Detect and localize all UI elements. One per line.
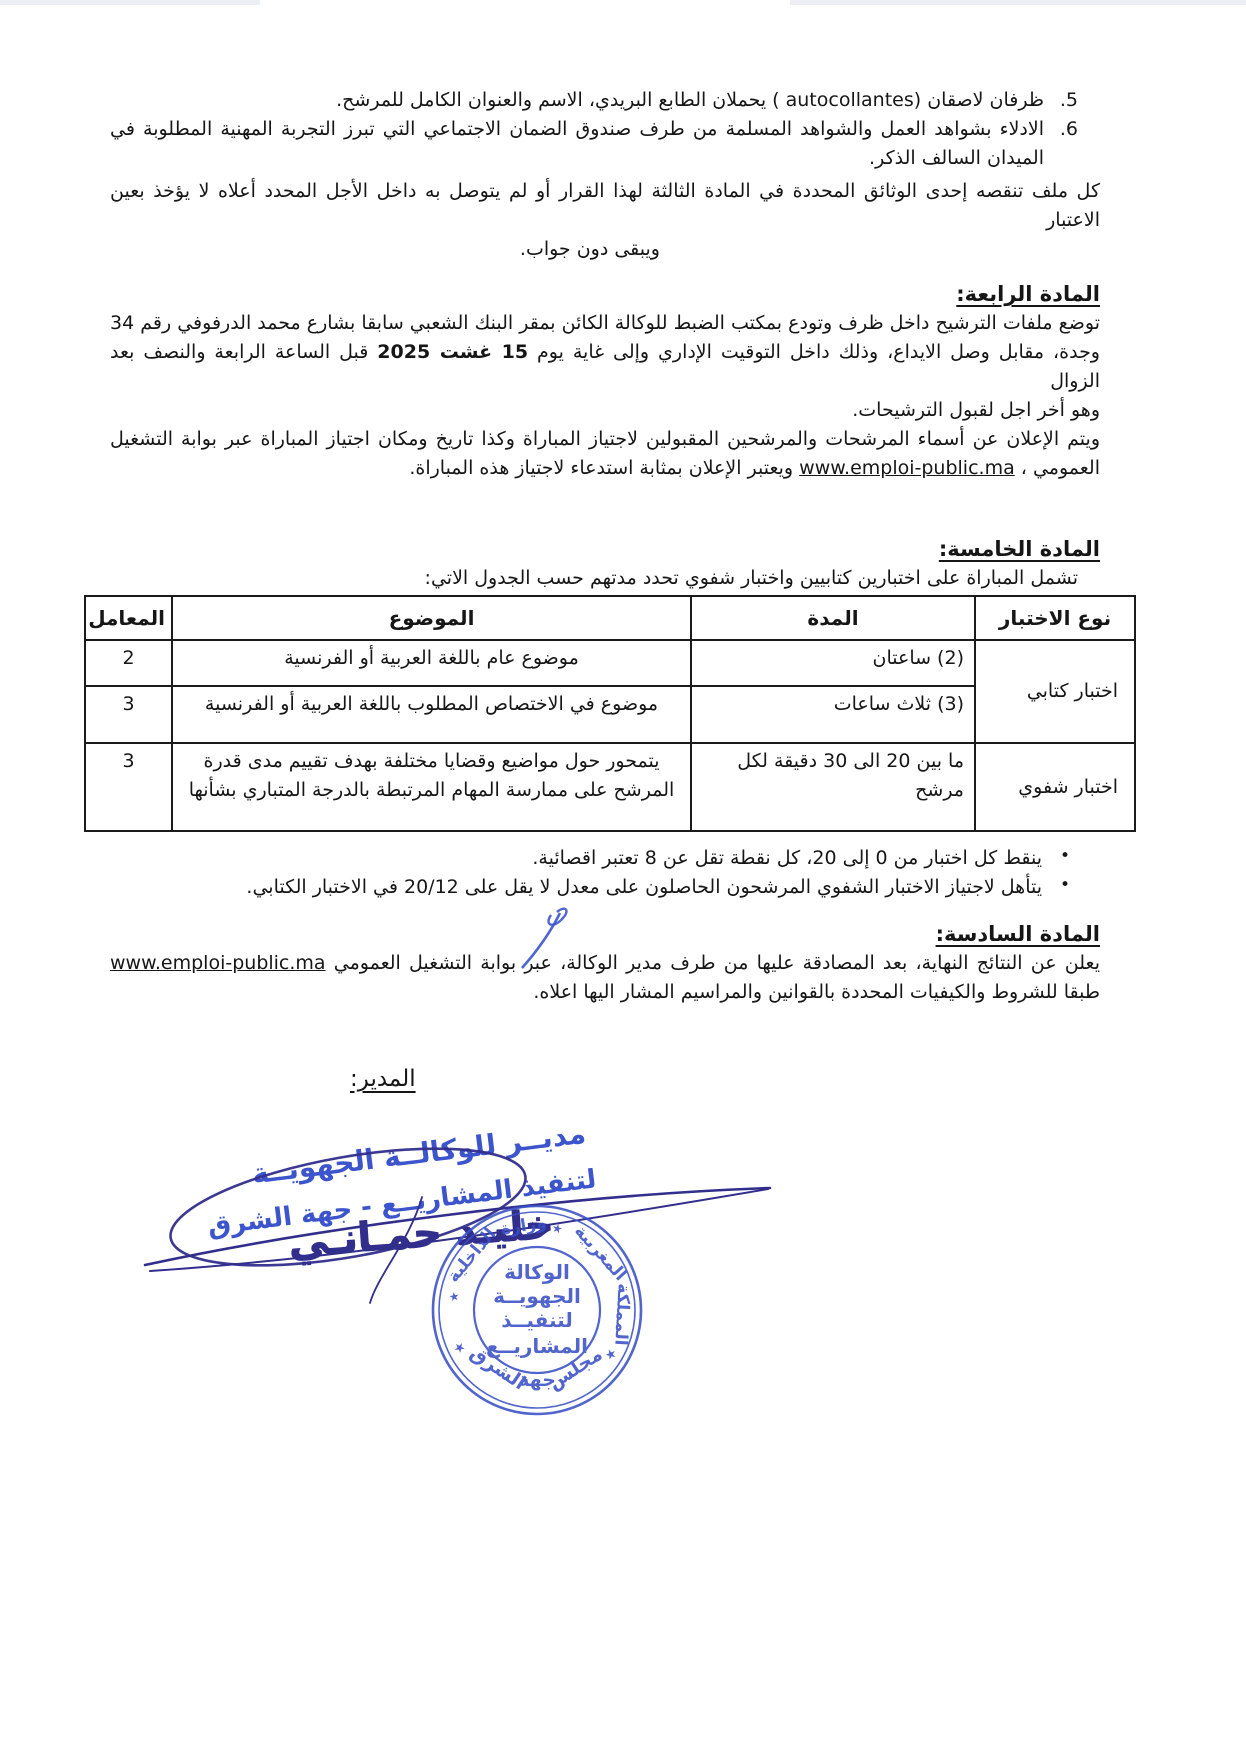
grading-rule-2: • يتأهل لاجتياز الاختبار الشفوي المرشحون…: [110, 873, 1100, 902]
grading-rules: • ينقط كل اختبار من 0 إلى 20، كل نقطة تق…: [110, 844, 1100, 902]
cell-coefficient-row2: 3: [85, 686, 172, 743]
employment-portal-url: www.emploi-public.ma: [799, 457, 1015, 479]
cell-coefficient-row1: 2: [85, 640, 172, 686]
cell-coefficient-row3: 3: [85, 743, 172, 831]
stamp-center-line1: الوكالة: [504, 1260, 570, 1284]
table-row-written-1: اختبار كتابي (2) ساعتان موضوع عام باللغة…: [85, 640, 1135, 686]
article4-heading: المادة الرابعة:: [110, 280, 1100, 309]
article4-p1-line2-text: وجدة، مقابل وصل الايداع، وذلك داخل التوق…: [528, 341, 1100, 363]
grading-rule-2-text: يتأهل لاجتياز الاختبار الشفوي المرشحون ا…: [246, 876, 1042, 898]
list-item-5: 5. ظرفان لاصقان ( autocollantes) يحملان …: [110, 86, 1100, 115]
scan-artifact-right: [790, 0, 1246, 5]
article6-line1: يعلن عن النتائج النهاية، بعد المصادقة عل…: [110, 949, 1100, 978]
list-item-6-number: 6.: [1060, 115, 1078, 144]
header-coefficient: المعامل: [85, 596, 172, 640]
cell-subject-row2: موضوع في الاختصاص المطلوب باللغة العربية…: [172, 686, 691, 743]
header-subject: الموضوع: [172, 596, 691, 640]
cell-oral-test-type: اختبار شفوي: [975, 743, 1135, 831]
list-item-6: 6. الادلاء بشواهد العمل والشواهد المسلمة…: [110, 115, 1100, 173]
scan-artifact-left: [0, 0, 260, 5]
missing-docs-paragraph-line2: ويبقى دون جواب.: [110, 235, 660, 264]
article6-line1-text: يعلن عن النتائج النهاية، بعد المصادقة عل…: [326, 952, 1100, 974]
cell-duration-row2: (3) ثلاث ساعات: [691, 686, 975, 743]
cell-duration-row1: (2) ساعتان: [691, 640, 975, 686]
header-test-type: نوع الاختبار: [975, 596, 1135, 640]
stamp-star-icon: ★: [446, 1290, 462, 1303]
list-item-5-text-end: يحملان الطابع البريدي، الاسم والعنوان ال…: [336, 89, 772, 111]
article5-heading: المادة الخامسة:: [110, 535, 1100, 564]
list-item-5-latin: ( autocollantes): [772, 89, 921, 111]
bullet-dot: •: [1060, 842, 1070, 871]
stamp-arc-word-interior: الداخلية: [444, 1224, 501, 1286]
cell-written-test-type: اختبار كتابي: [975, 640, 1135, 743]
stamp-star-icon: ★: [451, 1339, 470, 1356]
article4-p1-line3: وهو أخر اجل لقبول الترشيحات.: [110, 396, 1100, 425]
list-item-5-text: ظرفان لاصقان: [921, 89, 1044, 111]
article4-p2-line2-end: ويعتبر الإعلان بمثابة استدعاء لاجتياز هذ…: [409, 457, 799, 479]
stamp-center-line2: الجهويــة: [493, 1284, 581, 1308]
bullet-dot: •: [1060, 871, 1070, 900]
article4-p2-line1: ويتم الإعلان عن أسماء المرشحات والمرشحين…: [110, 425, 1100, 454]
exam-table-header-row: نوع الاختبار المدة الموضوع المعامل: [85, 596, 1135, 640]
cell-subject-row1: موضوع عام باللغة العربية أو الفرنسية: [172, 640, 691, 686]
cell-duration-row3: ما بين 20 الى 30 دقيقة لكل مرشح: [691, 743, 975, 831]
pen-initial-mark: [505, 898, 585, 978]
exam-table: نوع الاختبار المدة الموضوع المعامل اختبا…: [84, 595, 1136, 832]
table-row-oral: اختبار شفوي ما بين 20 الى 30 دقيقة لكل م…: [85, 743, 1135, 831]
header-duration: المدة: [691, 596, 975, 640]
stamp-arc-word-kingdom: المملكة: [610, 1283, 633, 1346]
article6-line2: طبقا للشروط والكيفيات المحددة بالقوانين …: [110, 978, 1100, 1007]
stamp-arc-word-moroccan: المغربية: [570, 1221, 630, 1284]
article5-intro: تشمل المباراة على اختبارين كتابيين واختب…: [110, 564, 1100, 593]
article4-p2-line2-text: العمومي ،: [1015, 457, 1100, 479]
cell-subject-row3: يتمحور حول مواضيع وقضايا مختلفة بهدف تقي…: [172, 743, 691, 831]
round-official-stamp: المملكة المغربية ★ وزارة الداخلية ★ ★ ★ …: [415, 1192, 659, 1432]
article4-p2-line2: العمومي ، www.emploi-public.ma ويعتبر ال…: [110, 454, 1100, 483]
director-label: المدير:: [350, 1064, 416, 1094]
article4-p1-line2: وجدة، مقابل وصل الايداع، وذلك داخل التوق…: [110, 338, 1100, 396]
employment-portal-url: www.emploi-public.ma: [110, 952, 326, 974]
stamp-center-line3: لتنفيــذ: [501, 1308, 573, 1332]
missing-docs-paragraph-line1: كل ملف تنقصه إحدى الوثائق المحددة في الم…: [110, 177, 1100, 235]
grading-rule-1-text: ينقط كل اختبار من 0 إلى 20، كل نقطة تقل …: [532, 847, 1042, 869]
stamp-center-line4: المشاريــع: [486, 1334, 588, 1358]
article4-p1-line1: توضع ملفات الترشيح داخل ظرف وتودع بمكتب …: [110, 309, 1100, 338]
document-body: 5. ظرفان لاصقان ( autocollantes) يحملان …: [110, 86, 1100, 1007]
grading-rule-1: • ينقط كل اختبار من 0 إلى 20، كل نقطة تق…: [110, 844, 1100, 873]
article6-heading: المادة السادسة:: [110, 920, 1100, 949]
scanned-document-page: 5. ظرفان لاصقان ( autocollantes) يحملان …: [0, 0, 1246, 1757]
list-item-5-number: 5.: [1060, 86, 1078, 115]
deadline-date: 15 غشت 2025: [377, 341, 528, 363]
stamp-star-icon: ★: [550, 1220, 564, 1236]
list-item-6-text: الادلاء بشواهد العمل والشواهد المسلمة من…: [110, 118, 1044, 169]
